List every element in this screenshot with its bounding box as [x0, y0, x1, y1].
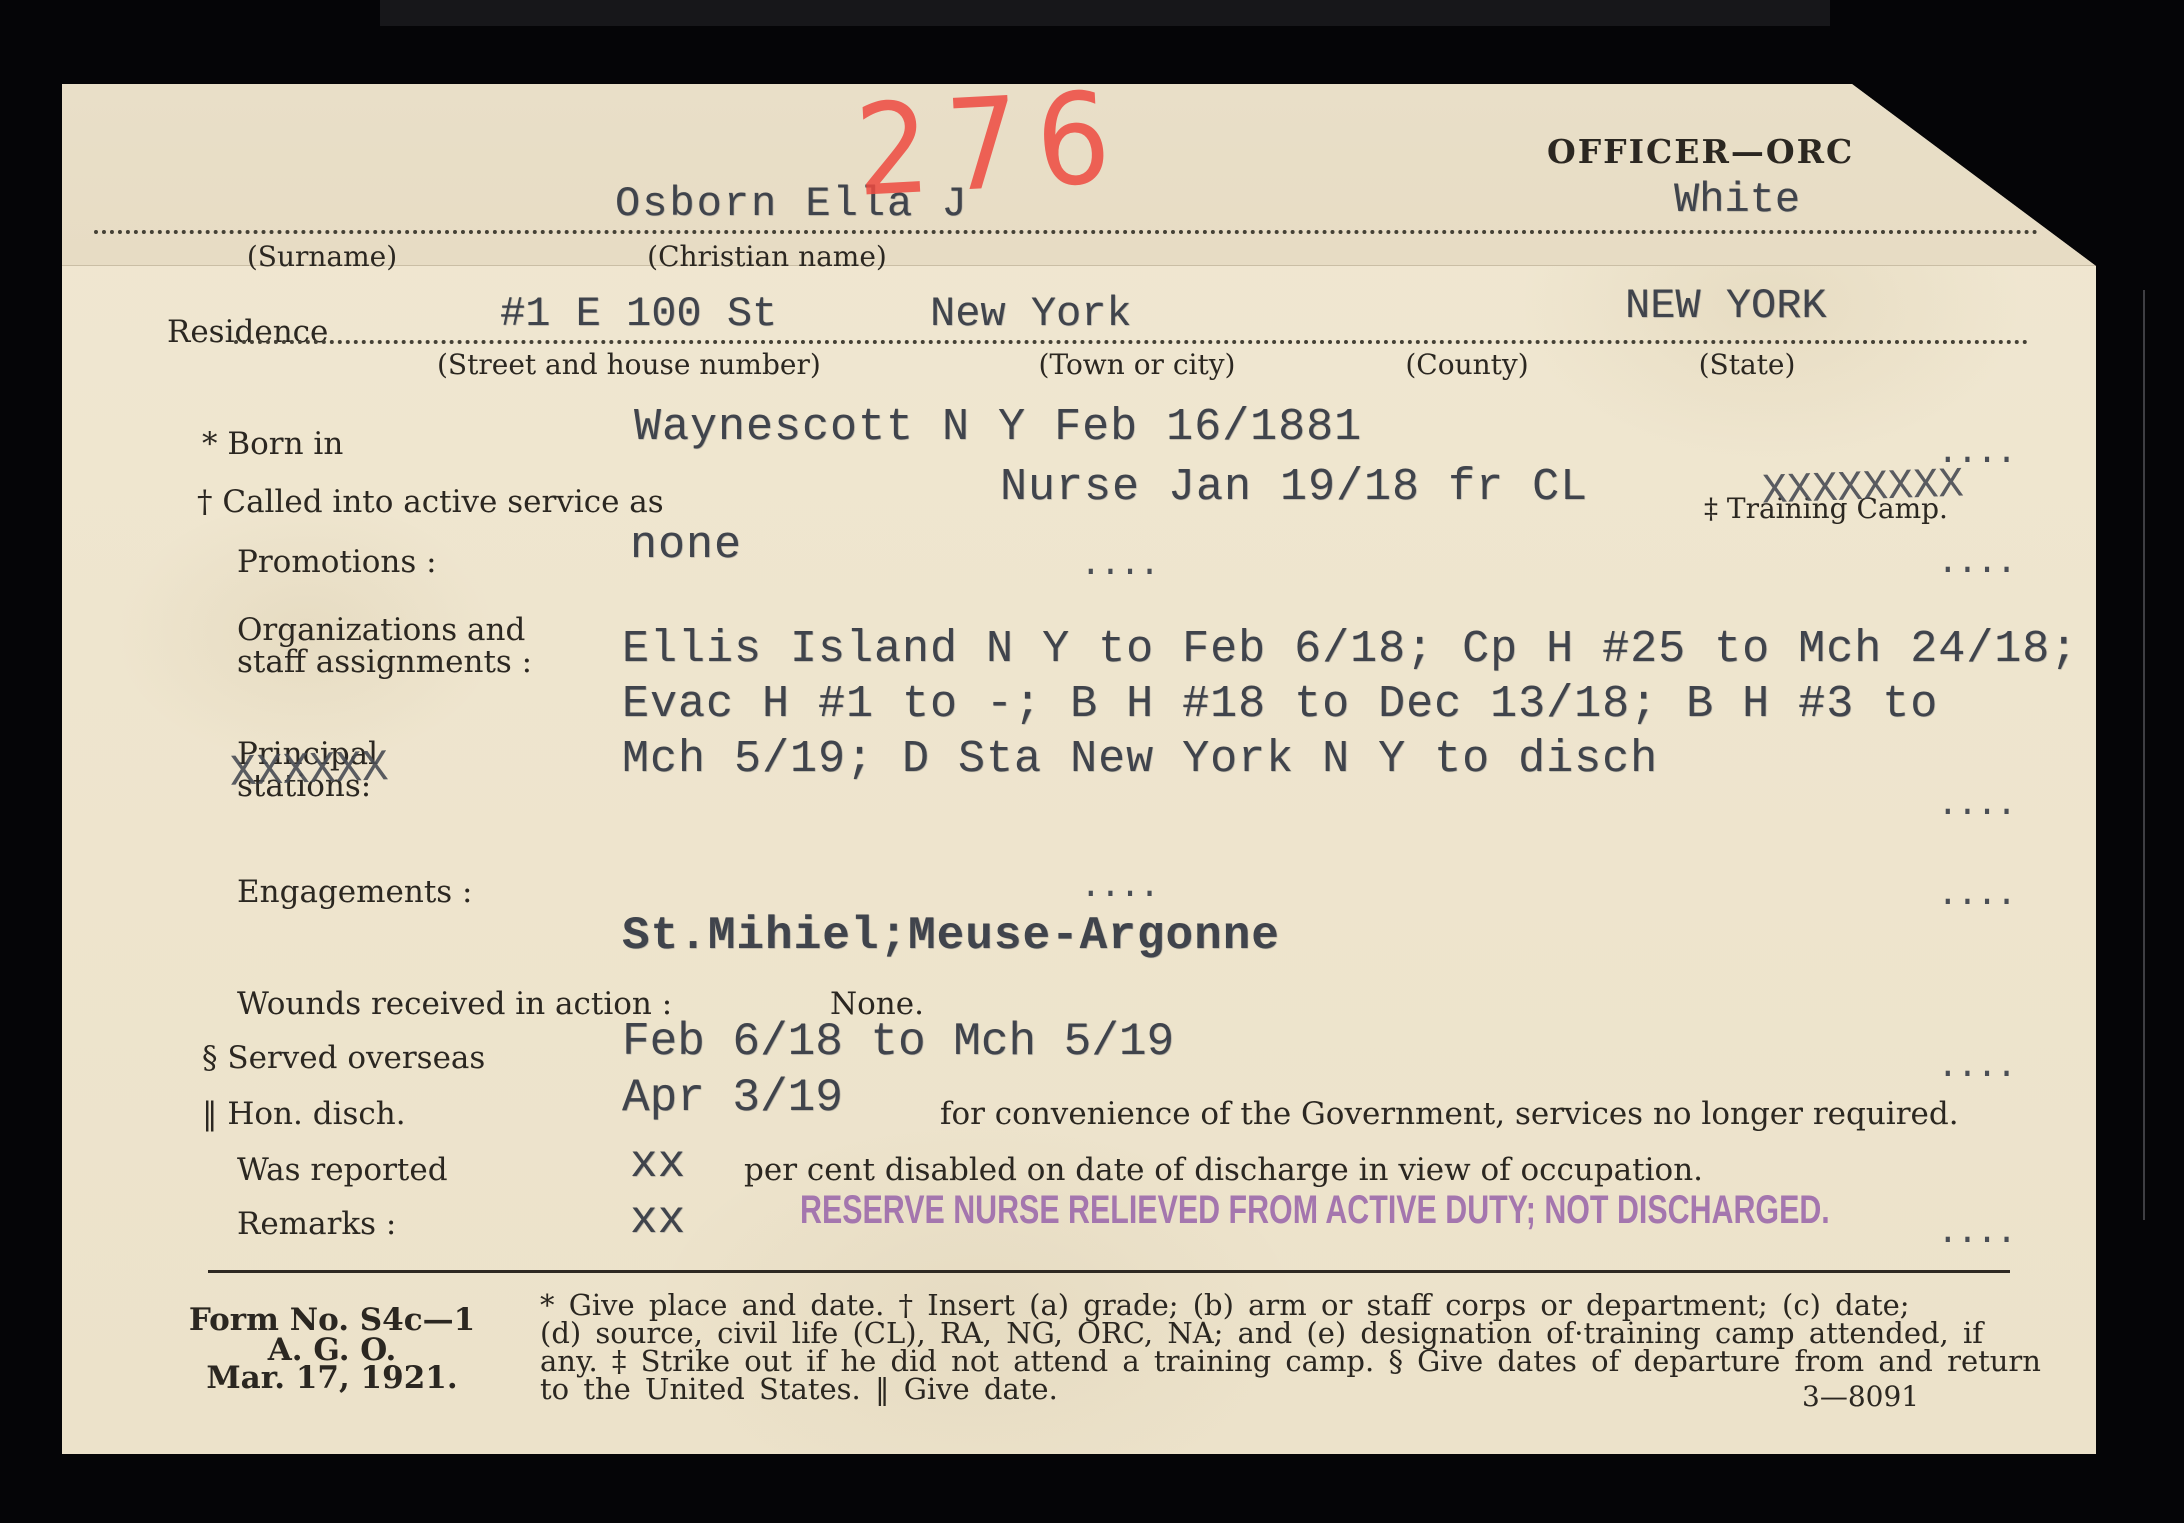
engagements-row-dots: .... [1937, 874, 2015, 915]
footnote-line-4: to the United States. ‖ Give date. [540, 1372, 1058, 1406]
wounds-label: Wounds received in action : [237, 986, 672, 1022]
residence-rule [234, 320, 2029, 344]
christian-name-label: (Christian name) [607, 240, 927, 273]
name-rule [94, 210, 2039, 234]
remarks-value: xx [630, 1194, 685, 1246]
called-into-service-label: † Called into active service as [197, 484, 664, 520]
form-date: Mar. 17, 1921. [132, 1360, 532, 1396]
surname-label: (Surname) [202, 240, 442, 273]
served-overseas-label: § Served overseas [202, 1040, 485, 1076]
scan-edge-artifact [380, 0, 1830, 26]
promotions-label: Promotions : [237, 544, 437, 580]
hon-disch-note: for convenience of the Government, servi… [940, 1096, 1959, 1132]
served-overseas-value: Feb 6/18 to Mch 5/19 [622, 1016, 1174, 1068]
service-record-card: Osborn Ella J 276 OFFICER—ORC White (Sur… [62, 84, 2096, 1454]
born-in-value: Waynescott N Y Feb 16/1881 [634, 402, 1362, 453]
principal-stations-strikeout: XXXXXX [229, 743, 389, 798]
promotions-row-dots: .... [1937, 542, 2015, 583]
principal-row-dots: .... [1937, 784, 2015, 825]
organizations-label-line1: Organizations and [237, 612, 525, 648]
town-label: (Town or city) [1007, 348, 1267, 381]
organizations-label-line2: staff assignments : [237, 644, 532, 680]
called-into-service-value: Nurse Jan 19/18 fr CL [1000, 462, 1588, 513]
engagements-label: Engagements : [237, 874, 472, 910]
was-reported-note: per cent disabled on date of discharge i… [744, 1152, 1703, 1188]
reserve-nurse-stamp: RESERVE NURSE RELIEVED FROM ACTIVE DUTY;… [800, 1188, 1830, 1233]
was-reported-value: xx [630, 1138, 685, 1190]
organizations-value-line1: Ellis Island N Y to Feb 6/18; Cp H #25 t… [622, 624, 2078, 675]
remarks-row-dots: .... [1937, 1212, 2015, 1253]
street-label: (Street and house number) [437, 348, 787, 381]
scan-scratch-line [2143, 290, 2145, 1220]
overseas-row-dots: .... [1937, 1046, 2015, 1087]
county-label: (County) [1347, 348, 1587, 381]
scanned-service-card: Osborn Ella J 276 OFFICER—ORC White (Sur… [0, 0, 2184, 1523]
was-reported-label: Was reported [237, 1152, 448, 1188]
born-in-label: * Born in [202, 426, 343, 462]
promotions-center-dots: .... [1080, 544, 1158, 585]
engagements-value: St.Mihiel;Meuse-Argonne [622, 910, 1280, 962]
print-code: 3—8091 [1802, 1380, 1919, 1413]
footer-divider [208, 1270, 2010, 1273]
hon-disch-label: ‖ Hon. disch. [202, 1096, 406, 1132]
card-type-heading: OFFICER—ORC [1547, 132, 1854, 171]
remarks-label: Remarks : [237, 1206, 396, 1242]
hon-disch-value: Apr 3/19 [622, 1072, 843, 1124]
training-camp-strikeout: XXXXXXXX [1761, 460, 1964, 515]
state-label: (State) [1637, 348, 1857, 381]
organizations-value-line2: Evac H #1 to -; B H #18 to Dec 13/18; B … [622, 679, 1938, 730]
engagements-center-dots: .... [1080, 866, 1158, 907]
promotions-value: none [630, 520, 742, 571]
file-number-handwritten: 276 [852, 64, 1130, 225]
organizations-value-line3: Mch 5/19; D Sta New York N Y to disch [622, 734, 1658, 785]
